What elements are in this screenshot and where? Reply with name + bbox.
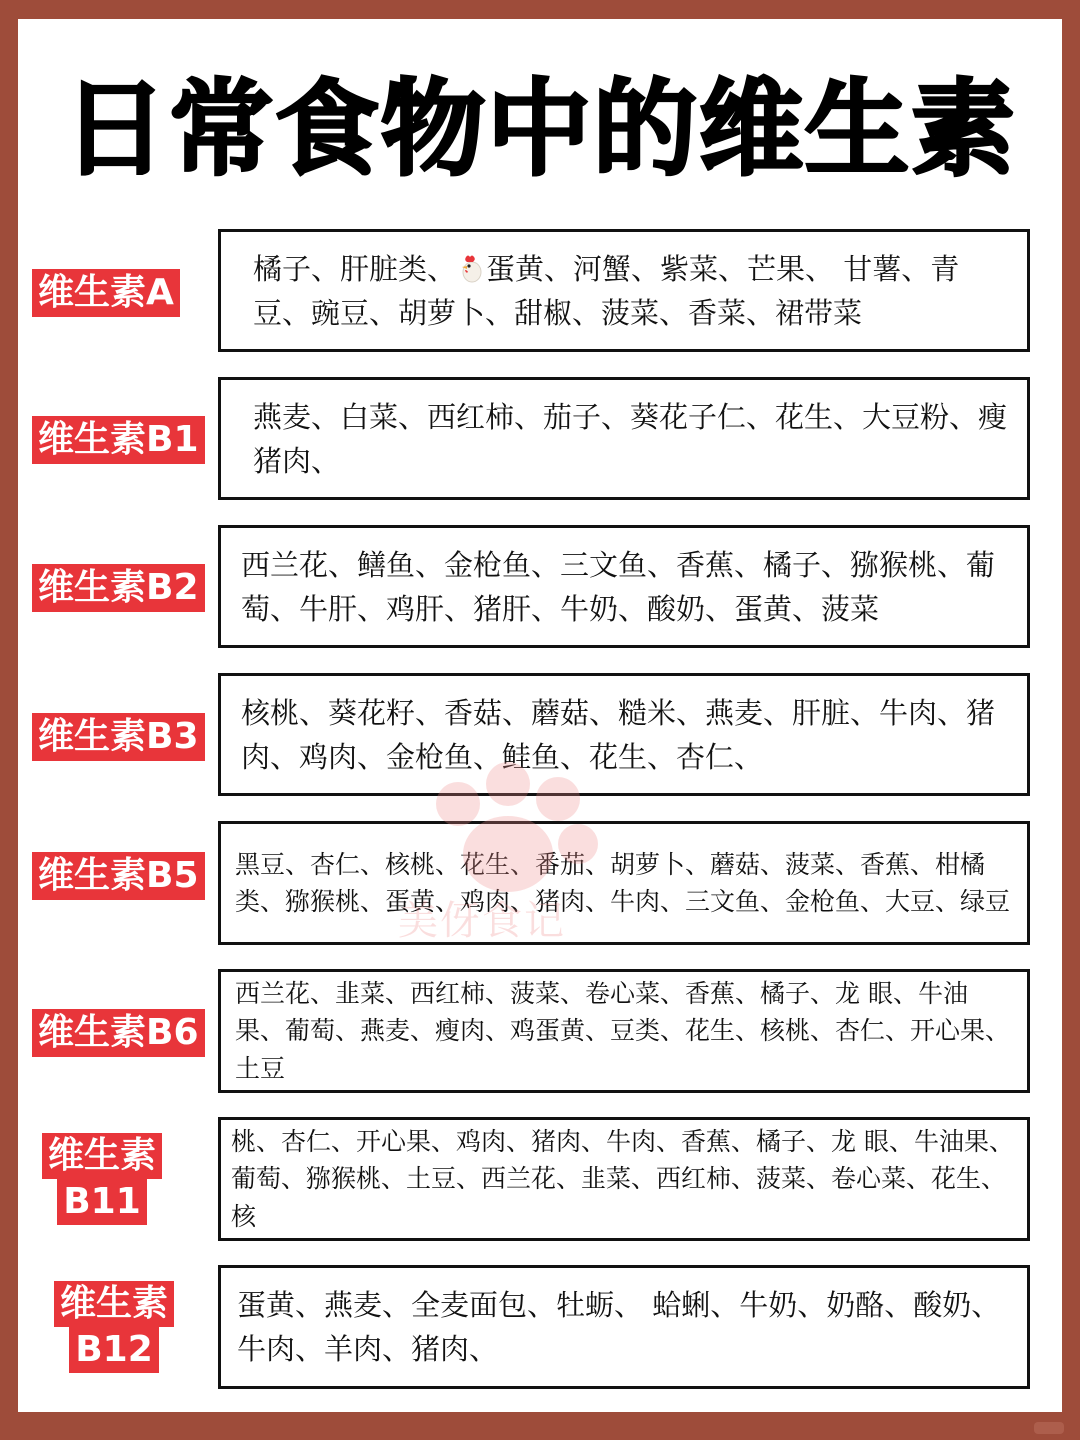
vitamin-b11-label: 维生素 B11: [42, 1133, 162, 1225]
vitamin-b3-foods: 核桃、葵花籽、香菇、蘑菇、糙米、燕麦、肝脏、牛肉、猪肉、鸡肉、金枪鱼、鲑鱼、花生…: [221, 691, 1027, 779]
chicken-icon: [456, 251, 486, 281]
vitamin-b1-foods-box: 燕麦、白菜、西红柿、茄子、葵花子仁、花生、大豆粉、瘦猪肉、: [218, 377, 1030, 500]
vitamin-a-foods-box: 橘子、肝脏类、蛋黄、河蟹、紫菜、芒果、 甘薯、青豆、豌豆、胡萝卜、甜椒、菠菜、香…: [218, 229, 1030, 352]
vitamin-b6-foods-box: 西兰花、韭菜、西红柿、菠菜、卷心菜、香蕉、橘子、龙 眼、牛油果、葡萄、燕麦、瘦肉…: [218, 969, 1030, 1093]
infographic-page: 日常食物中的维生素 维生素A 橘子、肝脏类、蛋黄、河蟹、紫菜、芒果、 甘薯、青豆…: [18, 19, 1062, 1412]
page-title: 日常食物中的维生素: [0, 77, 1080, 181]
vitamin-b5-foods-box: 黑豆、杏仁、核桃、花生、番茄、胡萝卜、蘑菇、菠菜、香蕉、柑橘类、猕猴桃、蛋黄、鸡…: [218, 821, 1030, 945]
vitamin-a-foods: 橘子、肝脏类、蛋黄、河蟹、紫菜、芒果、 甘薯、青豆、豌豆、胡萝卜、甜椒、菠菜、香…: [221, 247, 1027, 335]
vitamin-b12-label: 维生素 B12: [54, 1281, 174, 1373]
vitamin-b6-foods: 西兰花、韭菜、西红柿、菠菜、卷心菜、香蕉、橘子、龙 眼、牛油果、葡萄、燕麦、瘦肉…: [221, 975, 1027, 1088]
vitamin-b5-label: 维生素B5: [32, 852, 205, 900]
vitamin-b12-foods-box: 蛋黄、燕麦、全麦面包、牡蛎、 蛤蜊、牛奶、奶酪、酸奶、牛肉、羊肉、猪肉、: [218, 1265, 1030, 1389]
vitamin-b11-label-line1: 维生素: [42, 1133, 162, 1179]
vitamin-a-label: 维生素A: [32, 269, 180, 317]
corner-badge: [1034, 1422, 1064, 1434]
vitamin-b11-foods-box: 桃、杏仁、开心果、鸡肉、猪肉、牛肉、香蕉、橘子、龙 眼、牛油果、葡萄、猕猴桃、土…: [218, 1117, 1030, 1241]
vitamin-b11-label-line2: B11: [57, 1179, 147, 1225]
vitamin-b2-foods-box: 西兰花、鳝鱼、金枪鱼、三文鱼、香蕉、橘子、猕猴桃、葡萄、牛肝、鸡肝、猪肝、牛奶、…: [218, 525, 1030, 648]
vitamin-b11-foods: 桃、杏仁、开心果、鸡肉、猪肉、牛肉、香蕉、橘子、龙 眼、牛油果、葡萄、猕猴桃、土…: [221, 1123, 1027, 1236]
vitamin-b12-label-line2: B12: [69, 1327, 159, 1373]
vitamin-b1-foods: 燕麦、白菜、西红柿、茄子、葵花子仁、花生、大豆粉、瘦猪肉、: [221, 395, 1027, 483]
vitamin-b2-foods: 西兰花、鳝鱼、金枪鱼、三文鱼、香蕉、橘子、猕猴桃、葡萄、牛肝、鸡肝、猪肝、牛奶、…: [221, 543, 1027, 631]
vitamin-b1-label: 维生素B1: [32, 416, 205, 464]
vitamin-b3-foods-box: 核桃、葵花籽、香菇、蘑菇、糙米、燕麦、肝脏、牛肉、猪肉、鸡肉、金枪鱼、鲑鱼、花生…: [218, 673, 1030, 796]
vitamin-b6-label: 维生素B6: [32, 1009, 205, 1057]
vitamin-b12-foods: 蛋黄、燕麦、全麦面包、牡蛎、 蛤蜊、牛奶、奶酪、酸奶、牛肉、羊肉、猪肉、: [221, 1283, 1027, 1371]
vitamin-b3-label: 维生素B3: [32, 713, 205, 761]
vitamin-b5-foods: 黑豆、杏仁、核桃、花生、番茄、胡萝卜、蘑菇、菠菜、香蕉、柑橘类、猕猴桃、蛋黄、鸡…: [221, 846, 1027, 921]
vitamin-b12-label-line1: 维生素: [54, 1281, 174, 1327]
vitamin-a-foods-part1: 橘子、肝脏类、: [253, 252, 456, 286]
vitamin-b2-label: 维生素B2: [32, 564, 205, 612]
